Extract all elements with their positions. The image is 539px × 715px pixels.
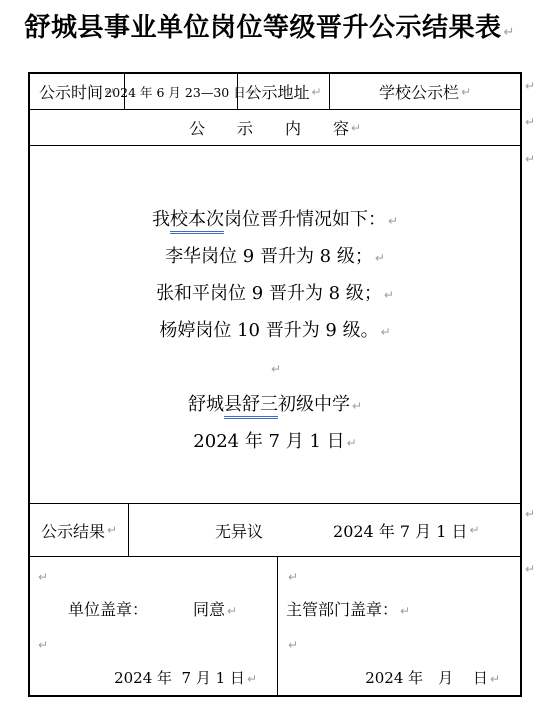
signature-date-line: 2024 年 7 月 1 日↵ <box>30 423 520 460</box>
signature-date: 2024 年 7 月 1 日 <box>193 431 344 452</box>
blank-line: ↵ <box>30 349 520 386</box>
promotion-item-text: 李华岗位 9 晋升为 8 级； <box>165 246 373 267</box>
paragraph-mark: ↵ <box>227 604 237 618</box>
signature-prefix: 舒城 <box>188 394 224 415</box>
promotion-item: 李华岗位 9 晋升为 8 级；↵ <box>30 238 520 275</box>
result-label: 公示结果 <box>41 519 105 542</box>
paragraph-mark: ↵ <box>461 85 471 99</box>
unit-stamp-value: 同意 <box>193 600 225 619</box>
grammar-underline: 县舒三 <box>224 394 278 419</box>
row-end-mark: ↵ <box>525 152 535 166</box>
address-label-cell: 公示地址↵ <box>237 74 329 109</box>
address-value: 学校公示栏 <box>379 80 459 103</box>
promotion-item-text: 张和平岗位 9 晋升为 8 级； <box>156 283 382 304</box>
paragraph-mark: ↵ <box>271 362 281 376</box>
paragraph-mark: ↵ <box>351 121 361 135</box>
document-page: 舒城县事业单位岗位等级晋升公示结果表↵ 公示时间↵ 2024 年 6 月 23—… <box>0 0 539 715</box>
intro-suffix: 岗位晋升情况如下： <box>224 209 386 230</box>
paragraph-mark: ↵ <box>352 399 362 413</box>
dept-stamp-date-text: 2024 年 月 日 <box>365 669 488 687</box>
paragraph-mark: ↵ <box>38 570 48 584</box>
time-value: 2024 年 6 月 23—30 日 <box>104 83 245 101</box>
paragraph-mark: ↵ <box>347 436 357 450</box>
row-end-mark: ↵ <box>525 79 535 93</box>
paragraph-mark: ↵ <box>311 85 321 99</box>
promotion-item: 张和平岗位 9 晋升为 8 级；↵ <box>30 275 520 312</box>
paragraph-mark: ↵ <box>381 325 391 339</box>
signature-line: 舒城县舒三初级中学↵ <box>30 386 520 423</box>
intro-prefix: 我 <box>152 209 170 230</box>
title-text: 舒城县事业单位岗位等级晋升公示结果表 <box>25 13 502 43</box>
row-end-mark: ↵ <box>525 115 535 129</box>
row-end-mark: ↵ <box>525 562 535 576</box>
signature-suffix: 初级中学 <box>278 394 350 415</box>
result-date: 2024 年 7 月 1 日 <box>333 519 468 542</box>
paragraph-mark: ↵ <box>504 25 515 40</box>
blank-line: ↵ <box>278 627 520 661</box>
blank-line: ↵ <box>30 559 277 593</box>
document-title: 舒城县事业单位岗位等级晋升公示结果表↵ <box>0 0 539 44</box>
paragraph-mark: ↵ <box>375 251 385 265</box>
unit-stamp-cell: ↵ 单位盖章：同意↵ ↵ 2024 年 7 月 1 日↵ <box>30 557 277 695</box>
paragraph-mark: ↵ <box>470 523 480 537</box>
paragraph-mark: ↵ <box>490 672 500 686</box>
time-value-cell: 2024 年 6 月 23—30 日↵ <box>124 74 237 109</box>
result-row: 公示结果↵ 无异议 2024 年 7 月 1 日↵ <box>30 503 520 556</box>
row-end-mark: ↵ <box>525 507 535 521</box>
unit-stamp-date: 2024 年 7 月 1 日↵ <box>30 661 277 695</box>
dept-stamp-label: 主管部门盖章： <box>286 600 398 619</box>
info-row: 公示时间↵ 2024 年 6 月 23—30 日↵ 公示地址↵ 学校公示栏↵ <box>30 74 520 109</box>
content-header: 公 示 内 容 <box>189 116 349 139</box>
promotion-item-text: 杨婷岗位 10 晋升为 9 级。 <box>159 320 378 341</box>
address-value-cell: 学校公示栏↵ <box>329 74 520 109</box>
paragraph-mark: ↵ <box>247 672 257 686</box>
promotion-item: 杨婷岗位 10 晋升为 9 级。↵ <box>30 312 520 349</box>
dept-stamp-line: 主管部门盖章：↵ <box>278 593 520 627</box>
content-cell: 我校本次岗位晋升情况如下：↵ 李华岗位 9 晋升为 8 级；↵ 张和平岗位 9 … <box>30 145 520 503</box>
result-value: 无异议 <box>215 519 263 542</box>
stamp-row: ↵ 单位盖章：同意↵ ↵ 2024 年 7 月 1 日↵ ↵ 主管部门盖章：↵ … <box>30 556 520 695</box>
result-value-cell: 无异议 2024 年 7 月 1 日↵ <box>128 504 520 556</box>
paragraph-mark: ↵ <box>400 604 410 618</box>
paragraph-mark: ↵ <box>107 523 117 537</box>
unit-stamp-label: 单位盖章： <box>68 600 148 619</box>
address-label: 公示地址 <box>245 80 309 103</box>
dept-stamp-cell: ↵ 主管部门盖章：↵ ↵ 2024 年 月 日↵ <box>277 557 520 695</box>
content-intro-line: 我校本次岗位晋升情况如下：↵ <box>30 201 520 238</box>
paragraph-mark: ↵ <box>288 570 298 584</box>
dept-stamp-date: 2024 年 月 日↵ <box>278 661 520 695</box>
content-header-row: 公 示 内 容↵ <box>30 109 520 145</box>
paragraph-mark: ↵ <box>288 638 298 652</box>
unit-stamp-line: 单位盖章：同意↵ <box>30 593 277 627</box>
blank-line: ↵ <box>30 627 277 661</box>
publicity-table: 公示时间↵ 2024 年 6 月 23—30 日↵ 公示地址↵ 学校公示栏↵ 公… <box>28 72 522 697</box>
grammar-underline: 校本次 <box>170 209 224 234</box>
paragraph-mark: ↵ <box>384 288 394 302</box>
unit-stamp-date-text: 2024 年 7 月 1 日 <box>114 669 245 687</box>
blank-line: ↵ <box>278 559 520 593</box>
time-label: 公示时间 <box>39 80 103 103</box>
paragraph-mark: ↵ <box>38 638 48 652</box>
paragraph-mark: ↵ <box>388 214 398 228</box>
result-label-cell: 公示结果↵ <box>30 504 128 556</box>
